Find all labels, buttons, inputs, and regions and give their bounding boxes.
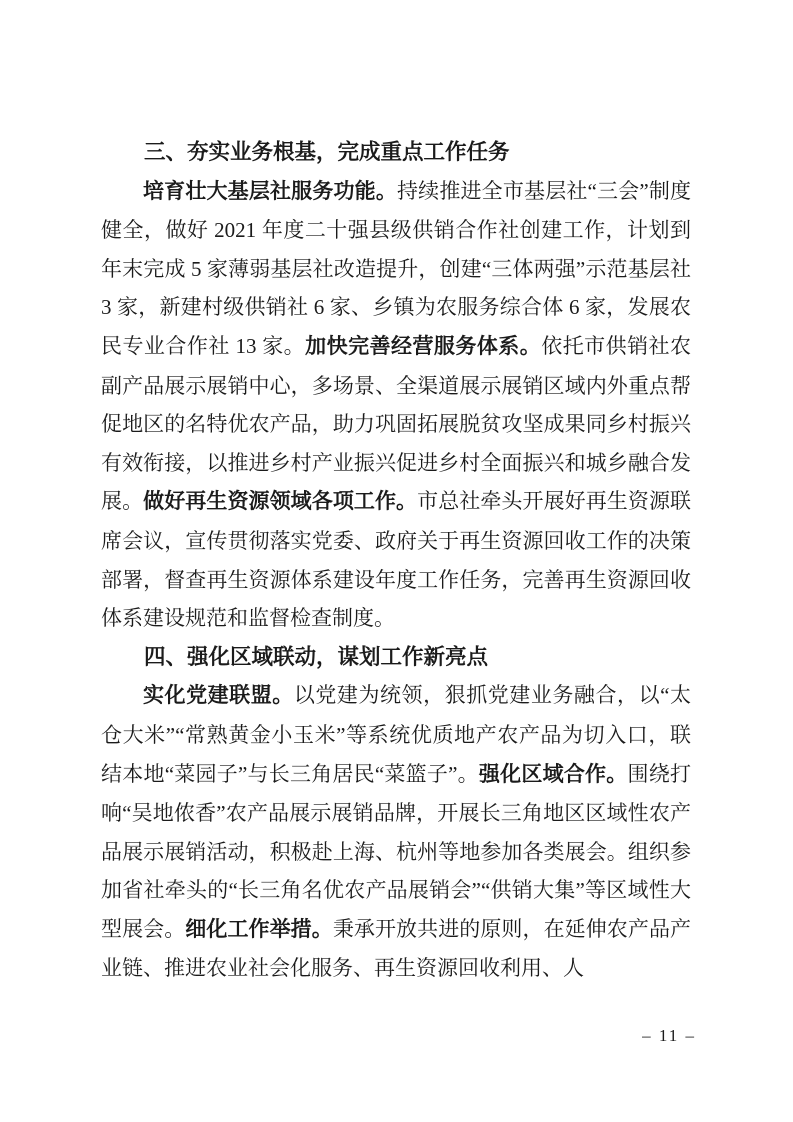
section-heading-four: 四、强化区域联动，谋划工作新亮点 [101,638,691,677]
body-run: 持续推进全市基层社“三会”制度健全，做好 2021 年度二十强县级供销合作社创建… [101,179,691,358]
body-run: 围绕打响“吴地侬香”农产品展示展销品牌，开展长三角地区区域性农产品展示展销活动，… [101,762,691,941]
bold-lead-cultivate-grassroots: 培育壮大基层社服务功能。 [143,180,397,203]
page-number: – 11 – [642,1026,696,1046]
document-body: 三、夯实业务根基，完成重点工作任务 培育壮大基层社服务功能。持续推进全市基层社“… [101,133,691,988]
section-three-paragraph: 培育壮大基层社服务功能。持续推进全市基层社“三会”制度健全，做好 2021 年度… [101,172,691,638]
bold-lead-regional-cooperation: 强化区域合作。 [479,763,628,786]
bold-lead-renewable-resources: 做好再生资源领域各项工作。 [143,490,417,513]
document-page: 三、夯实业务根基，完成重点工作任务 培育壮大基层社服务功能。持续推进全市基层社“… [0,0,793,1122]
bold-lead-party-building-alliance: 实化党建联盟。 [143,684,294,707]
body-run: 依托市供销社农副产品展示展销中心，多场景、全渠道展示展销区域内外重点帮促地区的名… [101,334,691,513]
section-four-paragraph: 实化党建联盟。以党建为统领，狠抓党建业务融合，以“太仓大米”“常熟黄金小玉米”等… [101,676,691,988]
bold-lead-improve-service-system: 加快完善经营服务体系。 [305,335,541,358]
section-heading-three: 三、夯实业务根基，完成重点工作任务 [101,133,691,172]
bold-lead-refine-measures: 细化工作举措。 [185,918,333,941]
